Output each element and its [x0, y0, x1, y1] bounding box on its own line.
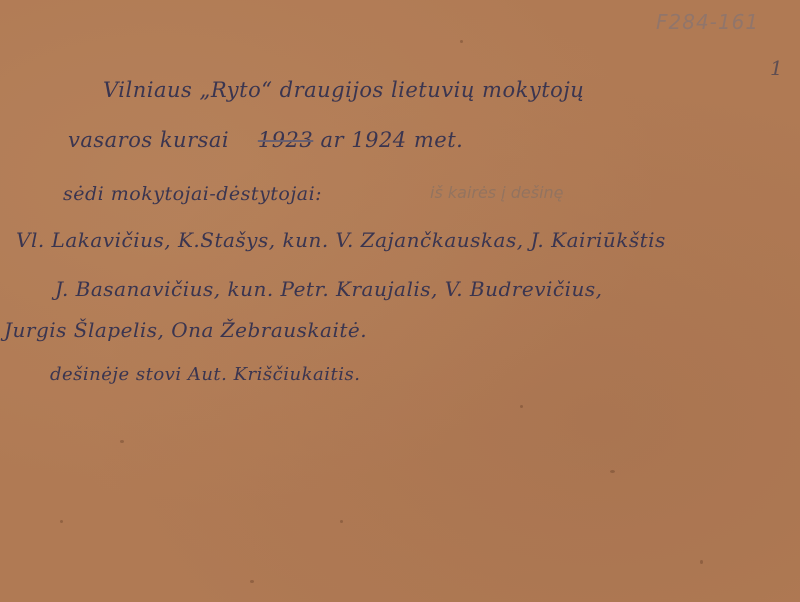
names-line-1: Vl. Lakavičius, K.Stašys, kun. V. Zajanč…: [16, 228, 666, 252]
cardboard-speck: [700, 560, 703, 564]
seated-intro-pencil-note: iš kairės į dešinę: [430, 183, 564, 202]
title-line-2: vasaros kursai 1923 ar 1924 met.: [68, 128, 463, 152]
year-suffix: met.: [414, 128, 463, 152]
names-line-2: J. Basanavičius, kun. Petr. Kraujalis, V…: [55, 277, 603, 301]
names-line-3: Jurgis Šlapelis, Ona Žebrauskaitė.: [4, 318, 367, 342]
title-line-1: Vilniaus „Ryto“ draugijos lietuvių mokyt…: [103, 78, 584, 102]
title-line-2-prefix: vasaros kursai: [68, 128, 229, 152]
cardboard-speck: [460, 40, 463, 43]
cardboard-photo-back: F284-161 1 Vilniaus „Ryto“ draugijos lie…: [0, 0, 800, 602]
seated-intro: sėdi mokytojai-dėstytojai:: [63, 183, 322, 205]
cardboard-speck: [120, 440, 124, 443]
cardboard-speck: [340, 520, 343, 523]
cardboard-speck: [610, 470, 615, 473]
archive-mark: F284-161: [656, 10, 759, 34]
cardboard-speck: [60, 520, 63, 523]
struck-year: 1923: [258, 128, 313, 152]
page-number: 1: [770, 56, 783, 80]
cardboard-speck: [250, 580, 254, 583]
standing-line: dešinėje stovi Aut. Kriščiukaitis.: [50, 364, 360, 385]
year: 1924: [351, 128, 406, 152]
cardboard-speck: [520, 405, 523, 408]
year-connector: ar: [320, 128, 344, 152]
